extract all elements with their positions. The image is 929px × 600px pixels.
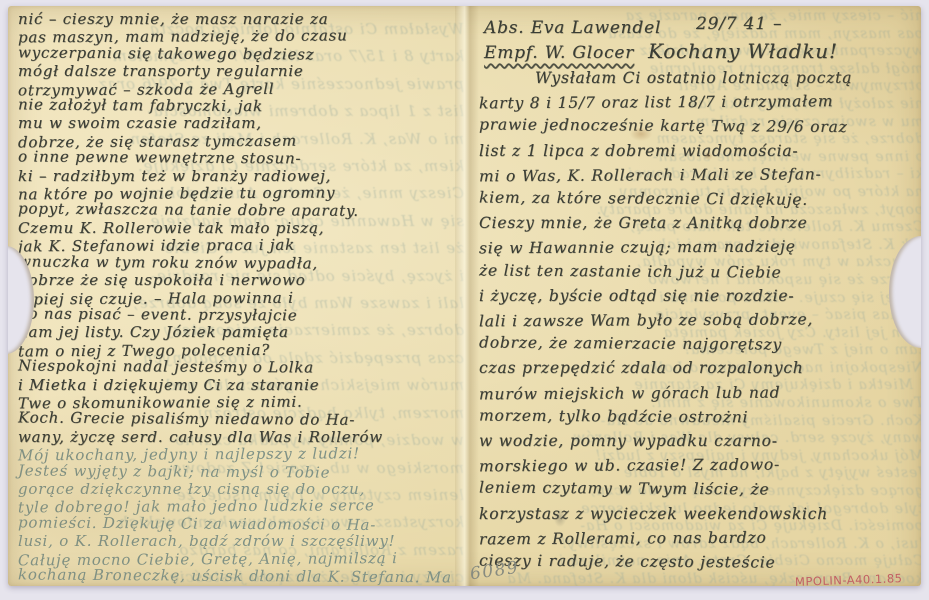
handwriting-line: kochaną Broneczkę, uścisk dłoni dla K. S… — [18, 566, 468, 586]
handwriting-line: Koch. Grecie pisaliśmy niedawno do Ha- — [18, 410, 468, 431]
handwriting-line: nam jej listy. Czy Józiek pamięta — [18, 324, 468, 341]
handwriting-line: lusi, o K. Rollerach, bądź zdrów i szczę… — [18, 533, 468, 550]
handwriting-line: morskiego w ub. czasie! Z zadowo- — [479, 452, 921, 479]
handwriting-line: wnuczka w tym roku znów wypadła, — [18, 253, 468, 274]
handwriting-line: lali i zawsze Wam było ze sobą dobrze, — [479, 307, 921, 334]
handwriting-line: murów miejskich w górach lub nad — [479, 379, 921, 406]
handwriting-line: pomieści. Dziękuję Ci za wiadomości o Ha… — [18, 514, 468, 535]
handwriting-line: gorące dziękczynne łzy cisną się do oczu… — [18, 481, 468, 498]
letter-paper: Wysłałam Ci ostatnio lotniczą pocztąkart… — [8, 6, 921, 586]
archival-number: MPOLIN-A40.1.85 — [795, 571, 903, 586]
handwriting-line: mi o Was, K. Rollerach i Mali ze Stefan- — [479, 161, 921, 188]
handwriting-line: się w Hawannie czują; mam nadzieję — [479, 234, 921, 261]
handwriting-line: Wysłałam Ci ostatnio lotniczą pocztą — [479, 66, 921, 90]
right-page-text: Wysłałam Ci ostatnio lotniczą pocztąkart… — [479, 66, 921, 574]
handwriting-line: karty 8 i 15/7 oraz list 18/7 i otrzymał… — [479, 89, 921, 116]
handwriting-line: Czemu K. Rollerowie tak mało piszą, — [18, 220, 468, 237]
handwriting-line: wany, życzę serd. całusy dla Was i Rolle… — [18, 429, 468, 446]
handwriting-line: Cieszy mnie, że Greta z Anitką dobrze — [479, 211, 921, 235]
handwriting-line: dobrze że się uspokoiła i nerwowo — [18, 272, 468, 289]
handwriting-line: Niespokojni nadal jesteśmy o Lolka — [18, 358, 468, 379]
handwriting-line: kiem, za które serdecznie Ci dziękuję. — [479, 185, 921, 212]
handwriting-line: że list ten zastanie ich już u Ciebie — [479, 258, 921, 285]
handwriting-line: razem z Rollerami, co nas bardzo — [479, 525, 921, 552]
handwriting-line: cieszy i raduje, że często jesteście — [479, 549, 921, 576]
handwriting-line: i życzę, byście odtąd się nie rozdzie- — [479, 284, 921, 308]
sender-line: Abs. Eva Lawendel — [484, 18, 661, 38]
handwriting-line: dobrze, że zamierzacie najgorętszy — [479, 331, 921, 358]
handwriting-line: list z 1 lipca z dobremi wiadomościa- — [479, 139, 921, 163]
salutation: Kochany Władku! — [648, 39, 838, 63]
handwriting-line: w wodzie, pomny wypadku czarno- — [479, 429, 921, 453]
handwriting-line: o inne pewne wewnętrzne stosun- — [18, 149, 468, 170]
handwriting-line: nić – cieszy mnie, że masz narazie za — [18, 11, 468, 28]
handwriting-line: i Mietka i dziękujemy Ci za staranie — [18, 377, 468, 394]
handwriting-line: mógł dalsze transporty regularnie — [18, 63, 468, 80]
handwriting-line: ki – radziłbym też w branży radiowej, — [18, 168, 468, 185]
handwriting-line: mu w swoim czasie radziłam, — [18, 115, 468, 132]
handwriting-line: do nas pisać – event. przysyłajcie — [18, 305, 468, 326]
handwriting-line: nie założył tam fabryczki, jak — [18, 96, 468, 117]
left-page-text: nić – cieszy mnie, że masz narazie zapas… — [18, 11, 468, 586]
handwriting-line: leniem czytamy w Twym liście, że — [479, 476, 921, 503]
recipient-line: Empf. W. Glocer — [484, 43, 634, 63]
handwriting-line: wyczerpania się takowego będziesz — [18, 44, 468, 65]
scanned-letter: Wysłałam Ci ostatnio lotniczą pocztąkart… — [0, 0, 929, 600]
handwriting-line: prawie jednocześnie kartę Twą z 29/6 ora… — [479, 113, 921, 140]
handwriting-line: Jesteś wyjęty z bajki; na myśl o Tobie — [18, 462, 468, 483]
letter-date: 29/7 41 – — [696, 14, 782, 34]
handwriting-line: morzem, tylko bądźcie ostrożni — [479, 403, 921, 430]
handwriting-line: czas przepędzić zdala od rozpalonych — [479, 356, 921, 380]
handwriting-line: korzystasz z wycieczek weekendowskich — [479, 502, 921, 526]
